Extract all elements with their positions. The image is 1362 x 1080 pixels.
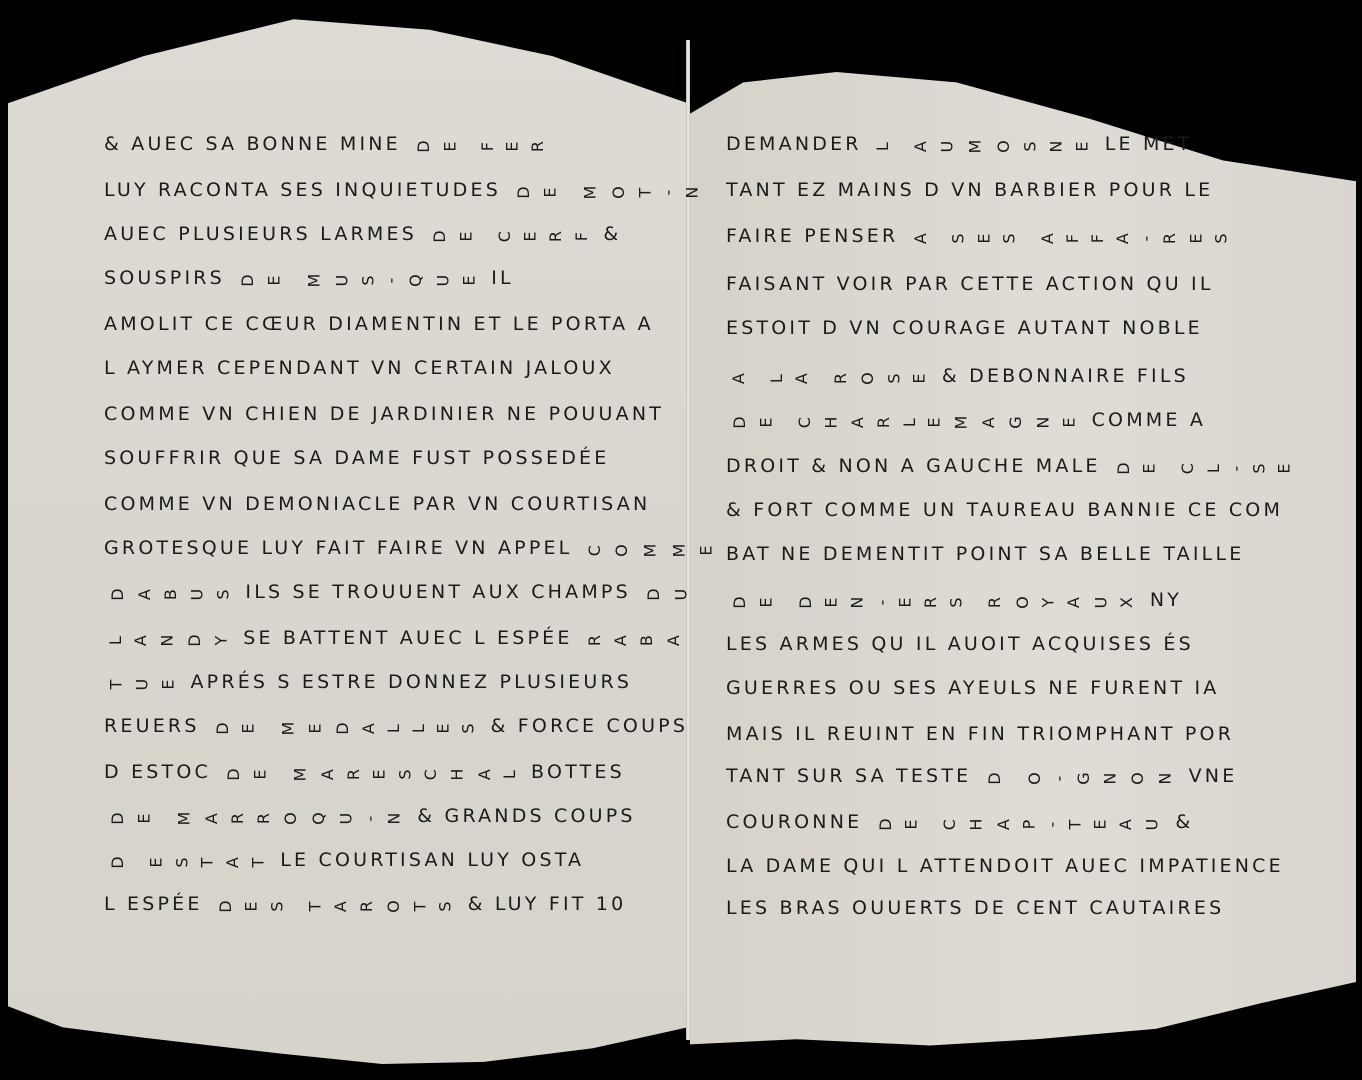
rotated-glyph: L <box>104 633 128 645</box>
rotated-glyph: F <box>1086 231 1110 243</box>
rotated-glyph: N <box>1045 137 1069 152</box>
rotated-glyph: E <box>754 414 778 427</box>
rotated-glyph: U <box>330 272 354 287</box>
rotated-word: DABUS <box>104 581 236 603</box>
rotated-glyph: T <box>247 855 271 868</box>
rotated-glyph: S <box>947 230 971 243</box>
rotated-glyph: E <box>304 720 328 733</box>
rotated-glyph: R <box>1158 230 1182 244</box>
rotated-glyph: N <box>156 631 180 646</box>
text-line: DABUS ILS SE TROUUENT AUX CHAMPS DU <box>104 580 695 604</box>
rotated-glyph: E <box>1088 816 1112 829</box>
rotated-glyph: E <box>1058 414 1082 427</box>
rotated-glyph: D <box>236 271 260 287</box>
rotated-word: DE DEN-ERS ROYAUX <box>726 589 1141 611</box>
rotated-glyph: G <box>1004 413 1028 429</box>
line-text: DROIT & NON A GAUCHE MALE <box>726 455 1110 477</box>
line-text: AMOLIT CE CŒUR DIAMENTIN ET LE PORTA A <box>104 313 654 335</box>
text-line: L ESPÉE DES TAROTS & LUY FIT 10 <box>104 892 626 916</box>
rotated-glyph: E <box>240 898 264 911</box>
text-line: A LA ROSE & DEBONNAIRE FILS <box>726 364 1189 388</box>
text-line: AMOLIT CE CŒUR DIAMENTIN ET LE PORTA A <box>104 312 654 336</box>
rotated-word: COMME <box>582 537 720 559</box>
rotated-glyph: C <box>493 228 517 242</box>
rotated-glyph: Y <box>209 633 233 646</box>
rotated-glyph: A <box>1114 816 1138 830</box>
rotated-glyph: Q <box>307 809 331 825</box>
rotated-glyph: A <box>357 720 381 734</box>
text-line: DE CHARLEMAGNE COMME A <box>726 408 1206 432</box>
rotated-glyph: C <box>1177 460 1201 474</box>
line-tail: & LUY FIT 10 <box>458 893 626 915</box>
rotated-word: RABA <box>582 627 687 649</box>
rotated-glyph: D <box>214 897 238 913</box>
rotated-glyph: R <box>527 138 551 152</box>
line-text: FAISANT VOIR PAR CETTE ACTION QU IL <box>726 273 1214 295</box>
rotated-word: DE CERF <box>426 223 594 245</box>
text-line: LA DAME QUI L ATTENDOIT AUEC IMPATIENCE <box>726 854 1284 878</box>
rotated-glyph: H <box>446 765 470 780</box>
rotated-glyph: T <box>303 899 327 912</box>
rotated-glyph: E <box>1184 230 1208 243</box>
rotated-glyph: D <box>330 719 354 735</box>
line-text: & DEBONNAIRE FILS <box>933 365 1189 387</box>
rotated-glyph: E <box>438 138 462 151</box>
rotated-glyph: N <box>382 809 406 824</box>
rotated-glyph: E <box>695 542 719 555</box>
rotated-glyph: D <box>728 593 752 609</box>
rotated-glyph: D <box>106 809 130 825</box>
rotated-glyph: A <box>1111 230 1135 244</box>
rotated-glyph: - <box>656 187 680 196</box>
rotated-glyph: A <box>846 414 870 428</box>
rotated-glyph: T <box>408 899 432 912</box>
rotated-glyph: M <box>172 808 196 825</box>
rotated-glyph: S <box>945 594 969 607</box>
line-text: LE COURTISAN LUY OSTA <box>271 849 584 871</box>
rotated-glyph: L <box>498 767 522 779</box>
rotated-glyph: - <box>379 275 403 284</box>
line-text: & GRANDS COUPS <box>408 805 636 827</box>
rotated-glyph: M <box>302 270 326 287</box>
rotated-glyph: Y <box>1037 595 1061 608</box>
rotated-glyph: A <box>662 632 686 646</box>
text-line: D ESTOC DE MARESCHAL BOTTES <box>104 760 625 784</box>
rotated-glyph: A <box>473 766 497 780</box>
rotated-glyph: R <box>872 414 896 428</box>
rotated-glyph: R <box>355 898 379 912</box>
rotated-word: L AUMOSNE <box>871 133 1096 155</box>
rotated-glyph: L <box>871 139 895 151</box>
rotated-glyph: E <box>237 720 261 733</box>
rotated-glyph: A <box>329 898 353 912</box>
text-line: TANT SUR SA TESTE D O-GNON VNE <box>726 764 1237 788</box>
rotated-glyph: L <box>407 721 431 733</box>
rotated-glyph: S <box>457 720 481 733</box>
rotated-glyph: R <box>983 594 1007 608</box>
text-line: DEMANDER L AUMOSNE LE MET <box>726 132 1193 156</box>
text-line: GUERRES OU SES AYEULS NE FURENT IA <box>726 676 1220 700</box>
rotated-word: DE MARESCHAL <box>220 761 522 783</box>
rotated-glyph: H <box>820 413 844 428</box>
rotated-glyph: S <box>434 898 458 911</box>
line-text: LES BRAS OUUERTS DE CENT CAUTAIRES <box>726 897 1224 919</box>
rotated-glyph: D <box>1112 459 1136 475</box>
rotated-glyph: O <box>856 369 880 385</box>
rotated-glyph: F <box>570 229 594 241</box>
rotated-glyph: U <box>1141 816 1165 831</box>
rotated-glyph: D <box>412 137 436 153</box>
text-line: MAIS IL REUINT EN FIN TRIOMPHANT POR <box>726 722 1234 746</box>
rotated-glyph: E <box>1071 138 1095 151</box>
rotated-glyph: A <box>221 854 245 868</box>
rotated-glyph: E <box>900 816 924 829</box>
rotated-glyph: A <box>1062 594 1086 608</box>
rotated-glyph: T <box>633 185 657 198</box>
rotated-glyph: E <box>820 594 844 607</box>
rotated-glyph: D <box>793 593 817 609</box>
rotated-glyph: D <box>106 585 130 601</box>
text-line: & AUEC SA BONNE MINE DE FER <box>104 132 552 156</box>
line-text: AUEC PLUSIEURS LARMES <box>104 223 426 245</box>
rotated-glyph: N <box>680 183 704 198</box>
text-line: REUERS DE MEDALLES & FORCE COUPS <box>104 714 688 738</box>
rotated-word: D O-GNON <box>981 765 1180 787</box>
line-text: L AYMER CEPENDANT VN CERTAIN JALOUX <box>104 357 615 379</box>
rotated-glyph: S <box>211 586 235 599</box>
rotated-glyph: A <box>133 586 157 600</box>
text-line: FAISANT VOIR PAR CETTE ACTION QU IL <box>726 272 1214 296</box>
rotated-glyph: O <box>607 183 631 199</box>
line-tail: VNE <box>1179 765 1237 787</box>
rotated-glyph: A <box>790 370 814 384</box>
rotated-glyph: R <box>919 594 943 608</box>
line-text: COMME VN DEMONIACLE PAR VN COURTISAN <box>104 493 650 515</box>
rotated-glyph: N <box>1154 769 1178 784</box>
line-text: TANT EZ MAINS D VN BARBIER POUR LE <box>726 179 1213 201</box>
rotated-glyph: D <box>982 769 1006 785</box>
rotated-glyph: D <box>222 765 246 781</box>
rotated-word: DE CL-SE <box>1110 455 1298 477</box>
line-text: LUY RACONTA SES INQUIETUDES <box>104 179 510 201</box>
rotated-glyph: D <box>728 413 752 429</box>
text-line: GROTESQUE LUY FAIT FAIRE VN APPEL COMME <box>104 536 719 560</box>
text-line: LES BRAS OUUERTS DE CENT CAUTAIRES <box>726 896 1224 920</box>
rotated-word: DE MEDALLES <box>209 715 481 737</box>
line-text: COMME A <box>1082 409 1206 431</box>
rotated-glyph: E <box>538 184 562 197</box>
rotated-glyph: - <box>358 813 382 822</box>
rotated-glyph: U <box>1089 594 1113 609</box>
text-line: COMME VN CHIEN DE JARDINIER NE POUUANT <box>104 402 664 426</box>
line-tail: LE MET <box>1095 133 1192 155</box>
rotated-glyph: S <box>998 230 1022 243</box>
rotated-glyph: U <box>334 810 358 825</box>
rotated-glyph: T <box>1063 817 1087 830</box>
rotated-glyph: E <box>457 272 481 285</box>
rotated-glyph: L <box>765 371 789 383</box>
rotated-glyph: D <box>428 227 452 243</box>
rotated-glyph: M <box>667 540 691 557</box>
rotated-glyph: E <box>145 854 169 867</box>
rotated-glyph: S <box>1210 230 1234 243</box>
line-text: GUERRES OU SES AYEULS NE FURENT IA <box>726 677 1220 699</box>
rotated-glyph: D <box>211 719 235 735</box>
text-line: LANDY SE BATTENT AUEC L ESPÉE RABA <box>104 626 687 650</box>
line-text: GROTESQUE LUY FAIT FAIRE VN APPEL <box>104 537 582 559</box>
line-text: & FORT COMME UN TAUREAU BANNIE CE COM <box>726 499 1283 521</box>
rotated-glyph: R <box>226 810 250 824</box>
rotated-glyph: E <box>1273 460 1297 473</box>
rotated-glyph: D <box>512 183 536 199</box>
rotated-glyph: O <box>1126 769 1150 785</box>
rotated-glyph: R <box>829 370 853 384</box>
line-text: SOUFFRIR QUE SA DAME FUST POSSEDÉE <box>104 447 609 469</box>
rotated-glyph: U <box>130 676 154 691</box>
rotated-word: DE FER <box>410 133 552 155</box>
rotated-glyph: A <box>316 766 340 780</box>
line-tail: IL <box>482 267 514 289</box>
rotated-glyph: T <box>104 677 128 690</box>
line-tail: & <box>1166 811 1193 833</box>
rotated-word: D ESTAT <box>104 849 271 871</box>
rotated-glyph: U <box>185 586 209 601</box>
rotated-glyph: O <box>382 897 406 913</box>
text-line: DE MARROQU-N & GRANDS COUPS <box>104 804 636 828</box>
text-line: DROIT & NON A GAUCHE MALE DE CL-SE <box>726 454 1298 478</box>
rotated-glyph: U <box>935 138 959 153</box>
rotated-glyph: L <box>382 721 406 733</box>
rotated-glyph: B <box>635 632 659 646</box>
rotated-glyph: O <box>1023 769 1047 785</box>
line-tail: & FORCE COUPS <box>481 715 688 737</box>
text-line: TANT EZ MAINS D VN BARBIER POUR LE <box>726 178 1213 202</box>
line-text: REUERS <box>104 715 209 737</box>
rotated-glyph: O <box>1010 593 1034 609</box>
rotated-glyph: A <box>977 414 1001 428</box>
text-line: COMME VN DEMONIACLE PAR VN COURTISAN <box>104 492 650 516</box>
line-text: NY <box>1141 589 1182 611</box>
rotated-glyph: E <box>454 228 478 241</box>
line-text: SE BATTENT AUEC L ESPÉE <box>234 627 582 649</box>
rotated-glyph: R <box>342 766 366 780</box>
line-text: SOUSPIRS <box>104 267 234 289</box>
rotated-glyph: L <box>898 415 922 427</box>
rotated-glyph: A <box>200 810 224 824</box>
rotated-glyph: N <box>1099 769 1123 784</box>
rotated-glyph: C <box>938 816 962 830</box>
rotated-glyph: R <box>545 228 569 242</box>
rotated-glyph: F <box>1062 231 1086 243</box>
rotated-glyph: F <box>476 139 500 151</box>
rotated-glyph: R <box>583 632 607 646</box>
line-text: L ESPÉE <box>104 893 212 915</box>
rotated-glyph: E <box>754 594 778 607</box>
rotated-glyph: O <box>992 137 1016 153</box>
rotated-glyph: M <box>277 718 301 735</box>
line-text: LES ARMES QU IL AUOIT ACQUISES ÉS <box>726 633 1194 655</box>
rotated-glyph: M <box>288 764 312 781</box>
rotated-glyph: A <box>992 816 1016 830</box>
text-line: L AYMER CEPENDANT VN CERTAIN JALOUX <box>104 356 615 380</box>
rotated-glyph: - <box>1224 463 1248 472</box>
rotated-glyph: - <box>1047 773 1071 782</box>
line-text: ESTOIT D VN COURAGE AUTANT NOBLE <box>726 317 1203 339</box>
rotated-glyph: E <box>922 414 946 427</box>
rotated-glyph: E <box>262 272 286 285</box>
rotated-word: DE MOT-N <box>510 179 706 201</box>
line-text: BAT NE DEMENTIT POINT SA BELLE TAILLE <box>726 543 1244 565</box>
rotated-glyph: N <box>1031 413 1055 428</box>
rotated-glyph: E <box>973 230 997 243</box>
text-line: LES ARMES QU IL AUOIT ACQUISES ÉS <box>726 632 1194 656</box>
rotated-word: LANDY <box>104 627 234 649</box>
rotated-glyph: S <box>356 272 380 285</box>
rotated-glyph: C <box>419 766 443 780</box>
rotated-glyph: - <box>1135 233 1159 242</box>
text-line: SOUSPIRS DE MUS-QUE IL <box>104 266 514 290</box>
rotated-glyph: L <box>1202 461 1226 473</box>
rotated-glyph: U <box>431 272 455 287</box>
text-line: AUEC PLUSIEURS LARMES DE CERF & <box>104 222 621 246</box>
text-line: FAIRE PENSER A SES AFFA-RES <box>726 224 1234 248</box>
line-text: FAIRE PENSER <box>726 225 908 247</box>
rotated-word: A LA ROSE <box>726 365 933 387</box>
rotated-glyph: A <box>909 230 933 244</box>
line-text: APRÉS S ESTRE DONNEZ PLUSIEURS <box>181 671 632 693</box>
rotated-glyph: S <box>393 766 417 779</box>
line-tail: & <box>594 223 621 245</box>
rotated-glyph: - <box>870 597 894 606</box>
rotated-glyph: A <box>727 370 751 384</box>
text-line: SOUFFRIR QUE SA DAME FUST POSSEDÉE <box>104 446 609 470</box>
text-line: D ESTAT LE COURTISAN LUY OSTA <box>104 848 584 872</box>
line-text: COURONNE <box>726 811 872 833</box>
rotated-glyph: D <box>642 585 666 601</box>
rotated-glyph: E <box>893 594 917 607</box>
rotated-glyph: G <box>1071 769 1095 785</box>
rotated-word: DES TAROTS <box>212 893 459 915</box>
line-text: D ESTOC <box>104 761 220 783</box>
line-text: COMME VN CHIEN DE JARDINIER NE POUUANT <box>104 403 664 425</box>
rotated-glyph: S <box>1248 460 1272 473</box>
rotated-glyph: E <box>132 810 156 823</box>
rotated-glyph: O <box>279 809 303 825</box>
rotated-glyph: Q <box>404 271 428 287</box>
rotated-word: DE CHAP-TEAU <box>872 811 1167 833</box>
rotated-glyph: A <box>129 632 153 646</box>
rotated-glyph: S <box>1018 138 1042 151</box>
line-text: DEMANDER <box>726 133 871 155</box>
rotated-glyph: E <box>368 766 392 779</box>
rotated-glyph: - <box>1040 819 1064 828</box>
rotated-glyph: A <box>1036 230 1060 244</box>
line-text: & AUEC SA BONNE MINE <box>104 133 410 155</box>
rotated-glyph: E <box>248 766 272 779</box>
text-line: TUE APRÉS S ESTRE DONNEZ PLUSIEURS <box>104 670 632 694</box>
rotated-glyph: T <box>195 855 219 868</box>
rotated-glyph: B <box>159 586 183 600</box>
rotated-glyph: E <box>501 138 525 151</box>
rotated-glyph: A <box>909 138 933 152</box>
rotated-glyph: X <box>1116 594 1140 608</box>
line-text: MAIS IL REUINT EN FIN TRIOMPHANT POR <box>726 723 1234 745</box>
rotated-word: A SES AFFA-RES <box>908 225 1235 247</box>
rotated-glyph: C <box>793 414 817 428</box>
rotated-glyph: U <box>669 586 693 601</box>
rotated-glyph: E <box>431 720 455 733</box>
rotated-glyph: D <box>183 631 207 647</box>
line-text: LA DAME QUI L ATTENDOIT AUEC IMPATIENCE <box>726 855 1284 877</box>
rotated-glyph: S <box>265 898 289 911</box>
rotated-glyph: E <box>908 370 932 383</box>
rotated-word: DE MUS-QUE <box>234 267 482 289</box>
text-line: COURONNE DE CHAP-TEAU & <box>726 810 1193 834</box>
rotated-glyph: M <box>578 182 602 199</box>
rotated-glyph: M <box>638 540 662 557</box>
rotated-glyph: E <box>519 228 543 241</box>
rotated-glyph: S <box>170 854 194 867</box>
rotated-word: DE CHARLEMAGNE <box>726 409 1082 431</box>
line-text: ILS SE TROUUENT AUX CHAMPS <box>236 581 640 603</box>
rotated-word: DU <box>640 581 694 603</box>
rotated-glyph: E <box>1138 460 1162 473</box>
rotated-word: TUE <box>104 671 181 693</box>
rotated-glyph: H <box>965 815 989 830</box>
rotated-glyph: S <box>883 370 907 383</box>
rotated-glyph: N <box>846 593 870 608</box>
text-line: DE DEN-ERS ROYAUX NY <box>726 588 1182 612</box>
text-line: BAT NE DEMENTIT POINT SA BELLE TAILLE <box>726 542 1244 566</box>
rotated-word: DE MARROQU-N <box>104 805 408 827</box>
text-line: LUY RACONTA SES INQUIETUDES DE MOT-N <box>104 178 706 202</box>
text-line: & FORT COMME UN TAUREAU BANNIE CE COM <box>726 498 1283 522</box>
rotated-glyph: M <box>950 412 974 429</box>
text-line: ESTOIT D VN COURAGE AUTANT NOBLE <box>726 316 1203 340</box>
line-tail: BOTTES <box>522 761 625 783</box>
rotated-glyph: O <box>610 541 634 557</box>
rotated-glyph: E <box>157 676 181 689</box>
rotated-glyph: D <box>106 853 130 869</box>
rotated-glyph: M <box>963 136 987 153</box>
rotated-glyph: C <box>583 542 607 556</box>
rotated-glyph: P <box>1017 817 1041 830</box>
rotated-glyph: A <box>609 632 633 646</box>
line-text: TANT SUR SA TESTE <box>726 765 981 787</box>
rotated-glyph: D <box>873 815 897 831</box>
rotated-glyph: R <box>252 810 276 824</box>
